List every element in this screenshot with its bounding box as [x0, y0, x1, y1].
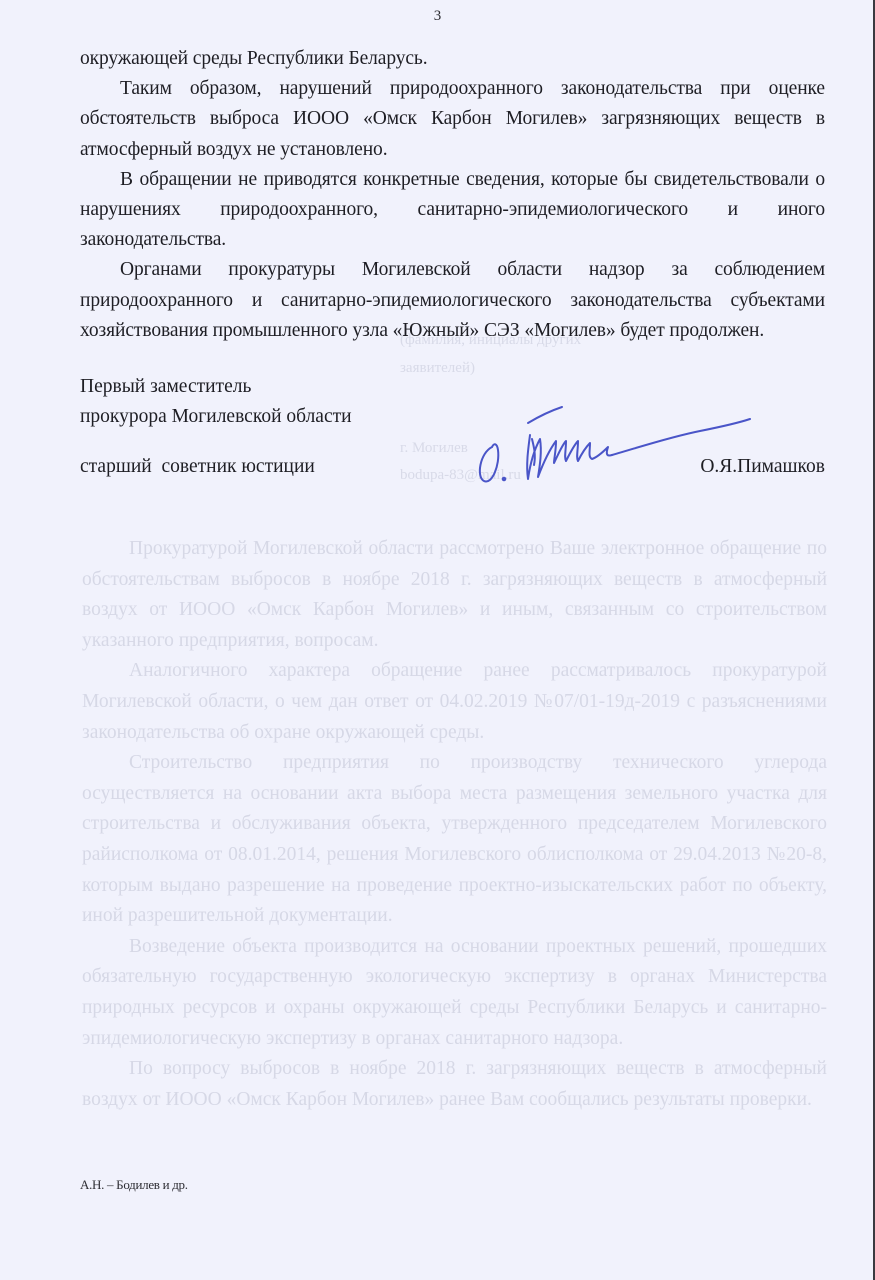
- paragraph-continuation: окружающей среды Республики Беларусь.: [80, 44, 825, 74]
- paragraph-supervision: Органами прокуратуры Могилевской области…: [80, 255, 825, 346]
- signatory-rank: старший советник юстиции: [80, 456, 315, 478]
- bleed-body: Прокуратурой Могилевской области рассмот…: [82, 534, 827, 1115]
- letter-body: окружающей среды Республики Беларусь. Та…: [80, 44, 825, 346]
- document-page: (фамилия, инициалы других заявителей) г.…: [0, 0, 875, 1280]
- bleed-paragraph: Прокуратурой Могилевской области рассмот…: [82, 534, 827, 656]
- paragraph-conclusion: Таким образом, нарушений природоохранног…: [80, 74, 825, 165]
- bleed-paragraph: Возведение объекта производится на основ…: [82, 932, 827, 1054]
- bleed-paragraph: Строительство предприятия по производств…: [82, 748, 827, 932]
- bleed-header-line: г. Могилев: [400, 441, 468, 456]
- executor-note: А.Н. – Бодилев и др.: [80, 1177, 188, 1193]
- paragraph-no-evidence: В обращении не приводятся конкретные све…: [80, 165, 825, 256]
- bleed-paragraph: Аналогичного характера обращение ранее р…: [82, 656, 827, 748]
- handwritten-signature-icon: [470, 395, 790, 495]
- page-number: 3: [0, 8, 875, 25]
- bleed-paragraph: По вопросу выбросов в ноябре 2018 г. заг…: [82, 1054, 827, 1115]
